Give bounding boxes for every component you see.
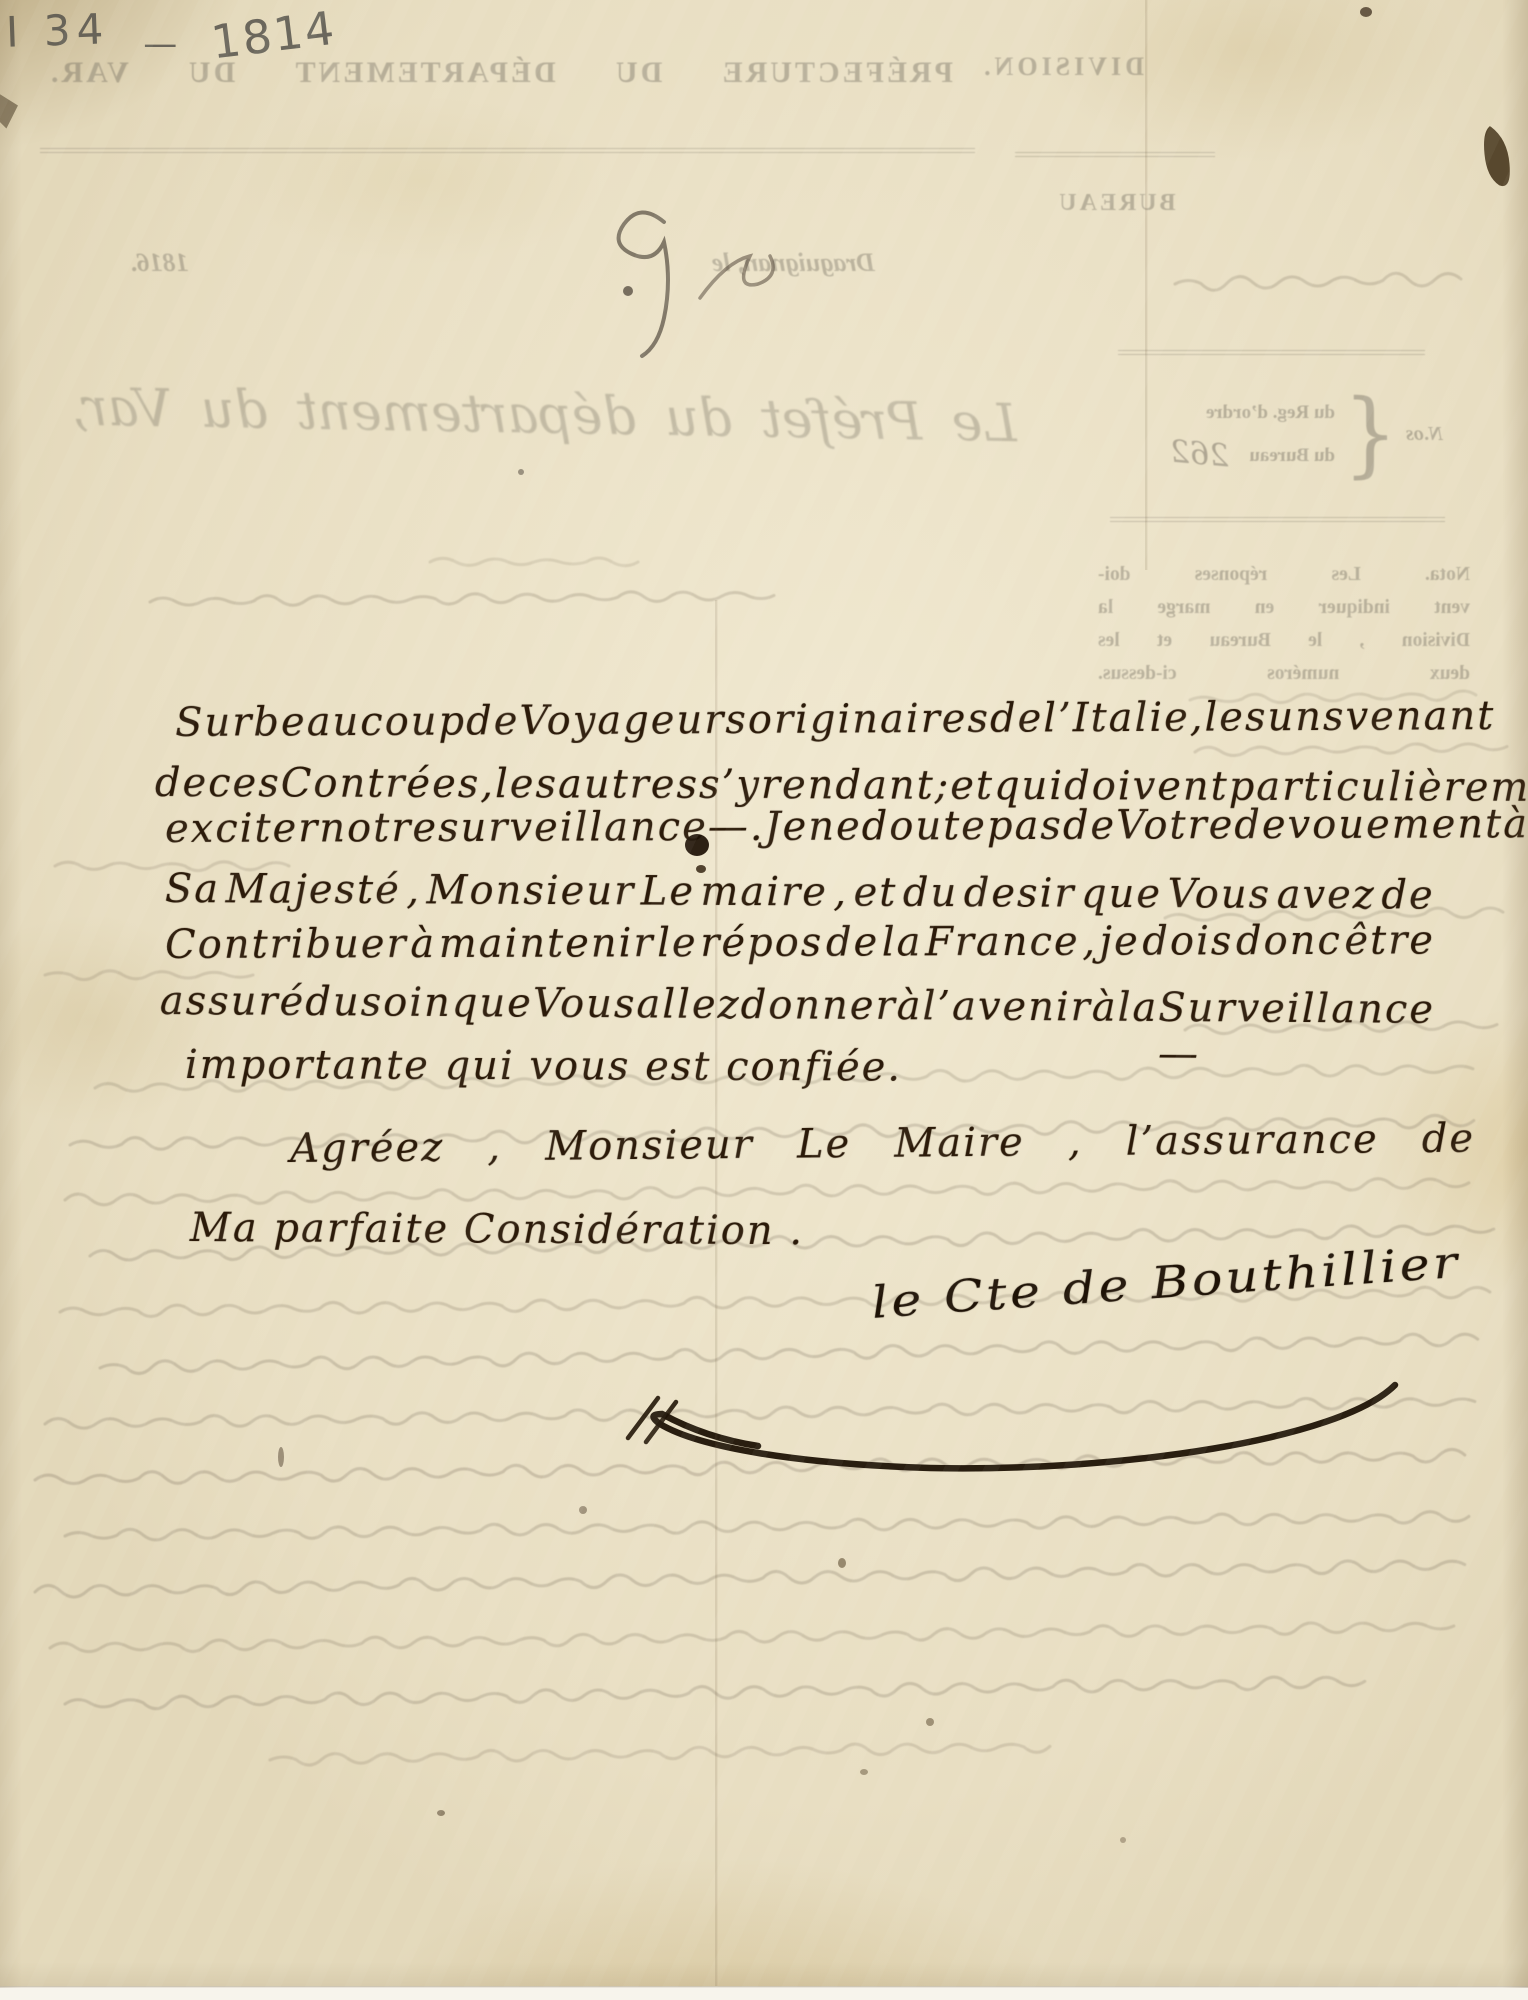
nota-line: Division,leBureauetles bbox=[1098, 624, 1470, 657]
registry-row-bureau: du Bureau bbox=[1249, 445, 1335, 467]
letter-line: Ma parfaite Considération . bbox=[190, 1205, 810, 1254]
scanned-letter-screenshot: { "page": { "archival_note": { "classmar… bbox=[0, 0, 1528, 2000]
registry-n-label: N.os bbox=[1406, 423, 1443, 446]
letterhead-bureau-label: BUREAU bbox=[1046, 190, 1186, 217]
signature: le Cte de Bouthillier bbox=[870, 1237, 1462, 1329]
registry-handwritten-number: 262 bbox=[1169, 440, 1230, 470]
letterhead-rule-bureau bbox=[1118, 350, 1425, 355]
archival-classmark: I 34 bbox=[5, 4, 110, 57]
letter-line: ContribueràmaintenirleréposdelaFrance,je… bbox=[165, 918, 1435, 968]
letter-line: SaMajesté,MonsieurLemaire,etdudesirqueVo… bbox=[165, 866, 1435, 919]
letterhead-rule-left bbox=[40, 148, 975, 153]
dateline-place: Draguignan, le bbox=[712, 248, 875, 278]
nota-block: Nota.Lesréponsesdoi- ventindiquerenmarge… bbox=[1098, 558, 1470, 690]
registry-numbers-block: N.os { du Reg. d’ordre du Bureau 262 bbox=[1093, 396, 1443, 473]
letter-line: exciternotresurveillance—.Jenedoutepasde… bbox=[165, 801, 1479, 852]
letter-page: PRÉFECTUREDUDÉPARTEMENTDUVAR. DIVISION. … bbox=[0, 0, 1528, 1988]
registry-row-order: du Reg. d’ordre bbox=[1170, 402, 1335, 424]
letterhead-rule-nota bbox=[1110, 517, 1445, 522]
letter-line: Agréez,MonsieurLeMaire,l’assurancede bbox=[290, 1116, 1475, 1172]
letter-line: SurbeaucoupdeVoyageursoriginairesdel’Ita… bbox=[175, 693, 1465, 746]
dateline-year: 1816. bbox=[130, 248, 189, 278]
letterhead-prefect-script: LePréfetdudépartementduVar, bbox=[72, 378, 1018, 454]
archival-note: I 34 — 1814 bbox=[6, 6, 336, 64]
nota-line: Nota.Lesréponsesdoi- bbox=[1098, 558, 1470, 591]
archival-year: 1814 bbox=[208, 1, 339, 70]
nota-line: deuxnumérosci-dessus. bbox=[1098, 657, 1470, 690]
archival-separator: — bbox=[143, 24, 177, 64]
letterhead-rule-division bbox=[1015, 152, 1215, 157]
letter-line: importante qui vous est confiée. bbox=[185, 1042, 825, 1090]
nota-line: ventindiquerenmargela bbox=[1098, 591, 1470, 624]
letterhead-dateline: Draguignan, le 1816. bbox=[130, 248, 875, 278]
letterhead-division-label: DIVISION. bbox=[952, 52, 1172, 82]
registry-brace: { bbox=[1343, 393, 1398, 477]
scan-edge bbox=[0, 1986, 1528, 2000]
